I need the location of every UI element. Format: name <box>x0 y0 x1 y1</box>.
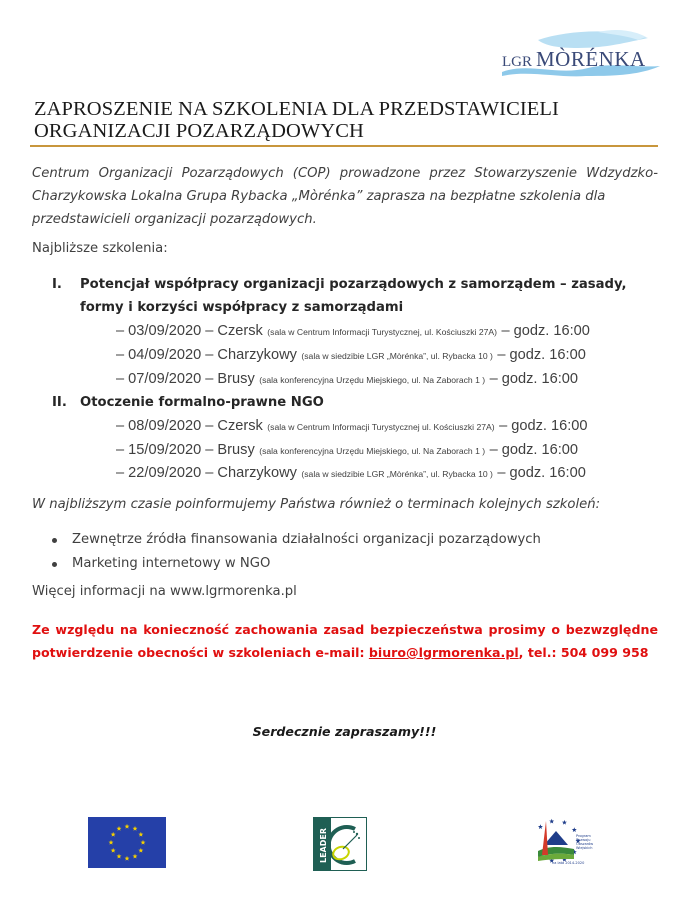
prow-icon: Program Rozwoju Obszarów Wiejskich na la… <box>530 815 602 867</box>
eu-stars-icon <box>88 817 166 868</box>
session-location: (sala w Centrum Informacji Turystycznej … <box>267 422 494 432</box>
session-time: – godz. 16:00 <box>501 323 589 339</box>
upcoming-trainings-list: Zewnętrze źródła finansowania działalnoś… <box>52 528 541 576</box>
prow-logo: Program Rozwoju Obszarów Wiejskich na la… <box>530 815 602 867</box>
fish-wave-icon: LGR MÒRÉNKA <box>498 26 664 82</box>
session-time: – godz. 16:00 <box>497 465 585 481</box>
session-date-city: – 08/09/2020 – Czersk <box>116 418 263 434</box>
svg-text:Wiejskich: Wiejskich <box>576 846 592 850</box>
page-title: ZAPROSZENIE NA SZKOLENIA DLA PRZEDSTAWIC… <box>34 98 654 142</box>
safety-notice: Ze względu na konieczność zachowania zas… <box>32 618 658 664</box>
session-row: – 08/09/2020 – Czersk (sala w Centrum In… <box>116 417 588 435</box>
svg-text:LEADER: LEADER <box>319 828 328 863</box>
notice-phone: , tel.: 504 099 958 <box>519 645 649 660</box>
session-time: – godz. 16:00 <box>490 371 578 387</box>
session-row: – 22/09/2020 – Charzykowy (sala w siedzi… <box>116 464 586 482</box>
section-number: I. <box>52 277 62 292</box>
closing-text: Serdecznie zapraszamy!!! <box>0 724 689 739</box>
session-time: – godz. 16:00 <box>497 347 585 363</box>
title-line-1: ZAPROSZENIE NA SZKOLENIA DLA PRZEDSTAWIC… <box>34 98 654 120</box>
announcement-text: W najbliższym czasie poinformujemy Państ… <box>32 497 600 512</box>
session-row: – 03/09/2020 – Czersk (sala w Centrum In… <box>116 322 590 340</box>
session-location: (sala w siedzibie LGR „Mòrénka”, ul. Ryb… <box>301 351 493 361</box>
intro-text: Centrum Organizacji Pozarządowych (COP) … <box>32 166 658 204</box>
session-date-city: – 03/09/2020 – Czersk <box>116 323 263 339</box>
eu-flag-logo <box>88 817 166 868</box>
more-info-text: Więcej informacji na www.lgrmorenka.pl <box>32 584 297 599</box>
list-item: Zewnętrze źródła finansowania działalnoś… <box>52 528 541 552</box>
session-location: (sala w siedzibie LGR „Mòrénka”, ul. Ryb… <box>301 469 493 479</box>
section-title: Potencjał współpracy organizacji pozarzą… <box>80 273 640 319</box>
title-divider <box>30 145 658 147</box>
session-location: (sala w Centrum Informacji Turystycznej,… <box>267 327 497 337</box>
session-date-city: – 22/09/2020 – Charzykowy <box>116 465 297 481</box>
email-link[interactable]: biuro@lgrmorenka.pl <box>369 645 519 660</box>
lgr-morenka-logo: LGR MÒRÉNKA <box>498 26 664 82</box>
session-row: – 07/09/2020 – Brusy (sala konferencyjna… <box>116 370 578 388</box>
session-date-city: – 15/09/2020 – Brusy <box>116 442 255 458</box>
bullet-icon <box>52 562 57 567</box>
intro-text-end: przedstawicieli organizacji pozarządowyc… <box>32 208 658 231</box>
bullet-icon <box>52 538 57 543</box>
svg-text:MÒRÉNKA: MÒRÉNKA <box>536 47 646 71</box>
section-title: Otoczenie formalno-prawne NGO <box>80 391 640 414</box>
session-row: – 04/09/2020 – Charzykowy (sala w siedzi… <box>116 346 586 364</box>
svg-text:LGR: LGR <box>502 54 532 70</box>
session-location: (sala konferencyjna Urzędu Miejskiego, u… <box>259 446 485 456</box>
list-item: Marketing internetowy w NGO <box>52 552 541 576</box>
svg-text:na lata 2014-2020: na lata 2014-2020 <box>552 861 584 865</box>
leader-icon: LEADER <box>313 817 367 871</box>
nearest-trainings-label: Najbliższe szkolenia: <box>32 241 168 256</box>
title-line-2: ORGANIZACJI POZARZĄDOWYCH <box>34 120 654 142</box>
session-date-city: – 07/09/2020 – Brusy <box>116 371 255 387</box>
leader-logo: LEADER <box>313 817 367 871</box>
section-number: II. <box>52 395 67 410</box>
session-time: – godz. 16:00 <box>499 418 587 434</box>
session-date-city: – 04/09/2020 – Charzykowy <box>116 347 297 363</box>
session-time: – godz. 16:00 <box>490 442 578 458</box>
session-location: (sala konferencyjna Urzędu Miejskiego, u… <box>259 375 485 385</box>
session-row: – 15/09/2020 – Brusy (sala konferencyjna… <box>116 441 578 459</box>
intro-paragraph: Centrum Organizacji Pozarządowych (COP) … <box>32 162 658 231</box>
